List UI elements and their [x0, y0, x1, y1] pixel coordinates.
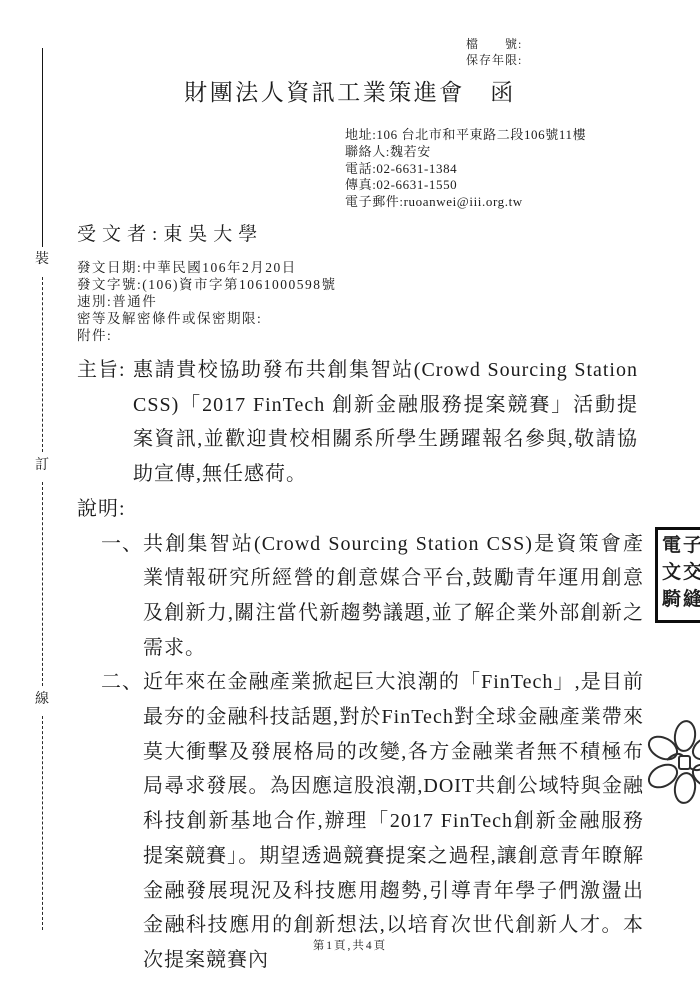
document-title: 財團法人資訊工業策進會 函: [0, 74, 700, 107]
file-number-block: 檔 號: 保存年限:: [466, 36, 522, 68]
subject-text: 惠請貴校協助發布共創集智站(Crowd Sourcing Station CSS…: [133, 353, 638, 492]
recipient-line: 受文者:東吳大學: [77, 219, 263, 246]
binding-line-dashed-segment: [42, 716, 43, 930]
contact-block: 地址:106 台北市和平東路二段106號11樓 聯絡人:魏若安 電話:02-66…: [345, 127, 586, 211]
binding-line-solid-segment: [42, 48, 43, 247]
flower-seal-stamp-icon: [645, 720, 700, 809]
seam-stamp-right-column: 子交縫: [682, 532, 700, 618]
contact-person: 聯絡人:魏若安: [345, 144, 586, 161]
electronic-exchange-seam-stamp: 電文騎 子交縫: [655, 527, 700, 623]
file-number-label: 檔 號:: [466, 36, 522, 52]
issue-number: 發文字號:(106)資市字第1061000598號: [77, 276, 337, 293]
contact-email: 電子郵件:ruoanwei@iii.org.tw: [345, 194, 586, 211]
item-text: 共創集智站(Crowd Sourcing Station CSS)是資策會產業情…: [143, 527, 644, 666]
retention-period-label: 保存年限:: [466, 52, 522, 68]
subject-row: 主旨: 惠請貴校協助發布共創集智站(Crowd Sourcing Station…: [77, 353, 644, 492]
item-number: 二、: [101, 665, 143, 977]
contact-phone: 電話:02-6631-1384: [345, 161, 586, 178]
delivery-speed: 速別:普通件: [77, 293, 337, 310]
contact-fax: 傳真:02-6631-1550: [345, 177, 586, 194]
binding-mark-xian: 線: [35, 693, 49, 707]
explanation-item-1: 一、 共創集智站(Crowd Sourcing Station CSS)是資策會…: [101, 527, 644, 666]
meta-block: 發文日期:中華民國106年2月20日 發文字號:(106)資市字第1061000…: [77, 259, 337, 344]
explanation-item-2: 二、 近年來在金融產業掀起巨大浪潮的「FinTech」,是目前最夯的金融科技話題…: [101, 665, 644, 977]
subject-label: 主旨:: [77, 353, 133, 388]
seam-stamp-left-column: 電文騎: [661, 532, 682, 618]
item-text: 近年來在金融產業掀起巨大浪潮的「FinTech」,是目前最夯的金融科技話題,對於…: [143, 665, 644, 977]
binding-mark-zhuang: 裝: [35, 253, 49, 267]
binding-mark-ding: 訂: [35, 459, 49, 473]
binding-line-dashed-segment: [42, 277, 43, 452]
official-letter-page: { "doc": { "file_no_label": "檔 號:", "ret…: [0, 0, 700, 991]
issue-date: 發文日期:中華民國106年2月20日: [77, 259, 337, 276]
page-number-footer: 第1頁,共4頁: [0, 937, 700, 953]
explanation-label: 說明:: [77, 492, 644, 527]
binding-line-dashed-segment: [42, 482, 43, 686]
item-number: 一、: [101, 527, 143, 666]
security-level: 密等及解密條件或保密期限:: [77, 310, 337, 327]
letter-body: 主旨: 惠請貴校協助發布共創集智站(Crowd Sourcing Station…: [77, 353, 644, 978]
contact-address: 地址:106 台北市和平東路二段106號11樓: [345, 127, 586, 144]
attachment-label: 附件:: [77, 327, 337, 344]
